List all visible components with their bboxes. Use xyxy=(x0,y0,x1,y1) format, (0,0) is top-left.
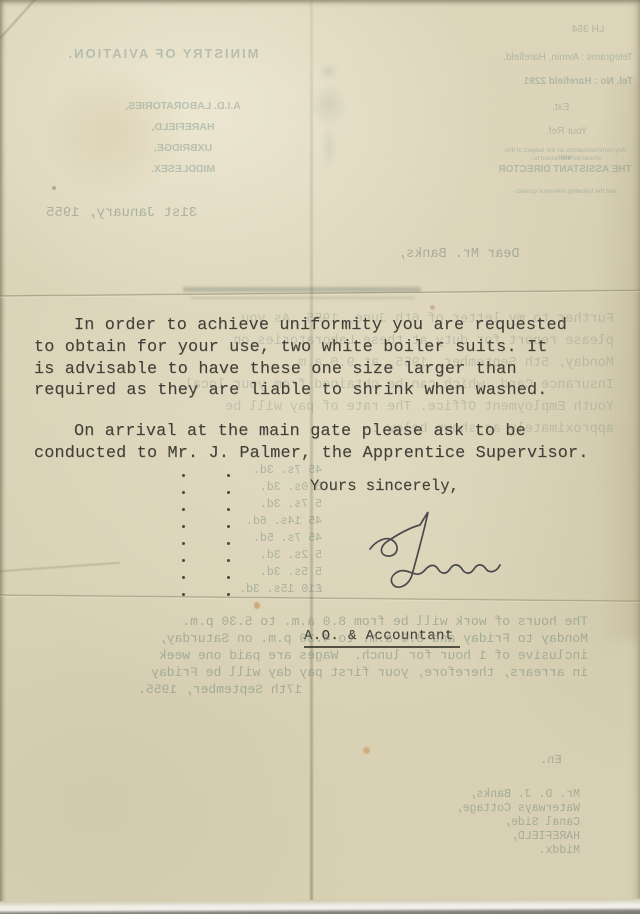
leader-dot xyxy=(227,474,230,477)
corner-fold-crease xyxy=(0,0,45,42)
bleed-recipient-line: Middx. xyxy=(455,843,580,860)
stain-top-left xyxy=(38,68,188,198)
bleed-ministry-title: MINISTRY OF AVIATION. xyxy=(55,46,270,61)
stain-orange-bottom xyxy=(363,747,370,754)
bleed-bottom-line: The hours of work will be from 8.0 a.m. … xyxy=(30,614,588,631)
stain-speck-mid xyxy=(430,305,435,310)
leader-dot xyxy=(182,576,185,579)
letter-page: MINISTRY OF AVIATION. A.I.D. LABORATORIE… xyxy=(0,0,640,914)
bleed-amount: 45 14s. 6d. xyxy=(232,515,322,528)
bleed-your-ref: Your Ref. xyxy=(546,126,587,137)
body-paragraph-1: In order to achieve uniformity you are r… xyxy=(34,315,634,402)
leader-dot xyxy=(227,491,230,494)
bleed-amount: 45 7s. 5d. xyxy=(232,532,322,545)
bleed-amount: £10 15s. 3d. xyxy=(232,583,322,596)
bleed-amount: 5 7s. 3d. xyxy=(232,498,322,511)
body-paragraph-2: On arrival at the main gate please ask t… xyxy=(34,421,634,465)
royal-crest-watermark xyxy=(296,62,362,176)
leader-dot xyxy=(182,525,185,528)
leader-dot xyxy=(227,508,230,511)
bleed-bottom-line: in arrears, therefore, your first pay da… xyxy=(30,665,588,682)
leader-dot xyxy=(227,593,230,596)
scan-bottom-edge xyxy=(0,899,640,914)
bleed-date: 31st January, 1955 xyxy=(46,205,197,222)
leader-dot xyxy=(227,525,230,528)
bleed-amount: 5 5s. 3d. xyxy=(232,566,322,579)
leader-dot xyxy=(182,542,185,545)
leader-dot xyxy=(182,491,185,494)
bleed-paragraph-line: Youth Employment Office. The rate of pay… xyxy=(38,400,614,415)
closing-line: Yours sincerely, xyxy=(310,477,459,495)
bleed-amount: 5 0s. 3d. xyxy=(232,481,322,494)
bleed-bottom-line: Monday to Friday and 8.0 a.m. to 4.30 p.… xyxy=(30,631,588,648)
leader-dot xyxy=(182,593,185,596)
bleed-salutation: Dear Mr. Banks, xyxy=(398,247,520,264)
bleed-bottom-line: 17th September, 1955. xyxy=(30,682,302,699)
bleed-amount: 5 2s. 3d. xyxy=(232,549,322,562)
leader-dot xyxy=(182,559,185,562)
bleed-ref-code: LH 364 xyxy=(572,24,604,35)
leader-dot xyxy=(182,508,185,511)
bleed-amount: 45 7s. 3d. xyxy=(232,464,322,477)
leader-dot xyxy=(227,559,230,562)
leader-dot xyxy=(227,576,230,579)
bleed-table-row: £10 15s. 3d. xyxy=(180,587,330,604)
signature-scribble xyxy=(366,503,511,598)
leader-dot xyxy=(227,542,230,545)
bleed-telegrams: Telegrams : Avmin, Harefield. xyxy=(498,52,633,63)
leader-dot xyxy=(182,474,185,477)
bleed-heading-underline-smudge xyxy=(190,297,415,299)
bleed-side-mark: En. xyxy=(540,752,562,769)
handwritten-signature xyxy=(366,503,511,598)
minor-diagonal-crease xyxy=(0,562,120,572)
stain-speck-left xyxy=(52,186,56,190)
bleed-bottom-line: inclusive of 1 hour for lunch. Wages are… xyxy=(30,648,588,665)
bleed-ext: Ext. xyxy=(552,102,569,113)
